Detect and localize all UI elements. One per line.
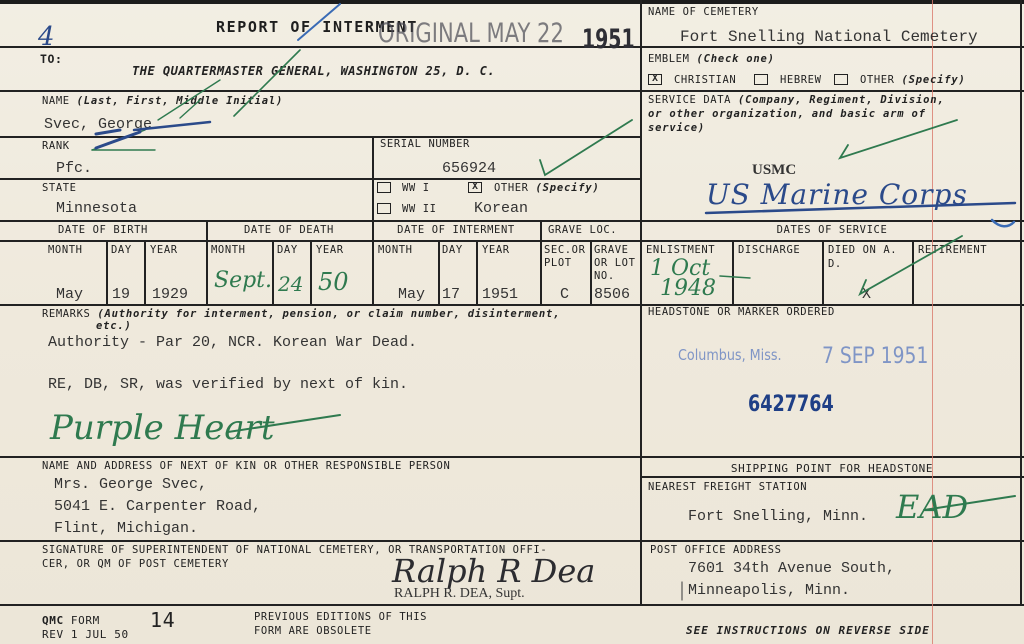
instructions-note: SEE INSTRUCTIONS ON REVERSE SIDE bbox=[686, 624, 930, 637]
name-value[interactable]: Svec, George bbox=[44, 116, 152, 133]
divider bbox=[310, 240, 312, 304]
ww2-checkbox[interactable] bbox=[377, 203, 391, 214]
retirement-label: RETIREMENT bbox=[918, 244, 987, 256]
rule bbox=[0, 90, 1024, 92]
interment-year-label: YEAR bbox=[482, 244, 510, 256]
rule bbox=[0, 220, 1024, 222]
received-stamp-year: 1951 bbox=[582, 24, 635, 55]
rule bbox=[640, 476, 1024, 478]
to-value: THE QUARTERMASTER GENERAL, WASHINGTON 25… bbox=[132, 64, 495, 78]
lot-label: GRAVE bbox=[594, 244, 629, 256]
green-check-icon bbox=[540, 120, 632, 175]
obsolete-notice: FORM ARE OBSOLETE bbox=[254, 625, 372, 637]
top-edge bbox=[0, 0, 1024, 4]
enlistment-label: ENLISTMENT bbox=[646, 244, 715, 256]
rule bbox=[0, 178, 640, 180]
interment-month-value[interactable]: May bbox=[398, 286, 425, 303]
lot-label: OR LOT bbox=[594, 257, 636, 269]
sec-label: PLOT bbox=[544, 257, 572, 269]
death-year-label: YEAR bbox=[316, 244, 344, 256]
birth-year-value[interactable]: 1929 bbox=[152, 286, 188, 303]
service-data-label: SERVICE DATA (Company, Regiment, Divisio… bbox=[648, 94, 945, 106]
signature-handwritten: Ralph R Dea bbox=[392, 552, 595, 590]
received-stamp: ORIGINAL MAY 22 bbox=[378, 18, 564, 49]
interment-header: DATE OF INTERMENT bbox=[372, 224, 540, 236]
emblem-other-checkbox[interactable] bbox=[834, 74, 848, 85]
grave-header: GRAVE LOC. bbox=[548, 224, 617, 236]
signature-label: CER, OR QM OF POST CEMETERY bbox=[42, 558, 229, 570]
divider bbox=[106, 240, 108, 304]
death-month-value[interactable]: Sept. bbox=[214, 268, 272, 293]
died-label: DIED ON A. bbox=[828, 244, 897, 256]
freight-label: NEAREST FREIGHT STATION bbox=[648, 481, 807, 493]
post-office-label: POST OFFICE ADDRESS bbox=[650, 544, 782, 556]
post-office-line-2[interactable]: Minneapolis, Minn. bbox=[688, 582, 850, 599]
ww1-label: WW I bbox=[402, 182, 430, 194]
divider bbox=[640, 0, 642, 604]
emblem-hebrew-checkbox[interactable] bbox=[754, 74, 768, 85]
birth-day-value[interactable]: 19 bbox=[112, 286, 130, 303]
divider bbox=[476, 240, 478, 304]
divider bbox=[272, 240, 274, 304]
divider bbox=[372, 136, 374, 304]
died-label: D. bbox=[828, 258, 842, 270]
cemetery-label: NAME OF CEMETERY bbox=[648, 6, 759, 18]
corner-mark: 4 bbox=[38, 22, 55, 52]
rule bbox=[640, 46, 1024, 48]
ww2-label: WW II bbox=[402, 203, 437, 215]
kin-line-2[interactable]: 5041 E. Carpenter Road, bbox=[54, 498, 261, 515]
rank-value[interactable]: Pfc. bbox=[56, 160, 92, 177]
name-label: NAME (Last, First, Middle Initial) bbox=[42, 95, 283, 107]
rule bbox=[0, 456, 1024, 458]
died-value[interactable]: X bbox=[862, 286, 871, 303]
headstone-stamp-date: 7 SEP 1951 bbox=[822, 344, 928, 369]
headstone-order-number: 6427764 bbox=[748, 392, 834, 417]
state-value[interactable]: Minnesota bbox=[56, 200, 137, 217]
freight-value[interactable]: Fort Snelling, Minn. bbox=[688, 508, 868, 525]
kin-line-1[interactable]: Mrs. George Svec, bbox=[54, 476, 207, 493]
form-number: 14 bbox=[150, 608, 175, 632]
cemetery-value[interactable]: Fort Snelling National Cemetery bbox=[680, 28, 978, 46]
death-year-value[interactable]: 50 bbox=[318, 268, 349, 296]
remarks-label: REMARKS (Authority for interment, pensio… bbox=[42, 308, 560, 320]
to-label: TO: bbox=[40, 52, 63, 66]
birth-header: DATE OF BIRTH bbox=[0, 224, 206, 236]
green-check-icon bbox=[840, 120, 957, 158]
obsolete-notice: PREVIOUS EDITIONS OF THIS bbox=[254, 611, 427, 623]
lot-label: NO. bbox=[594, 270, 615, 282]
birth-year-label: YEAR bbox=[150, 244, 178, 256]
birth-day-label: DAY bbox=[111, 244, 132, 256]
discharge-label: DISCHARGE bbox=[738, 244, 800, 256]
birth-month-value[interactable]: May bbox=[56, 286, 83, 303]
remarks-handwritten: Purple Heart bbox=[50, 408, 275, 448]
serial-value[interactable]: 656924 bbox=[442, 160, 496, 177]
divider bbox=[438, 240, 440, 304]
rank-label: RANK bbox=[42, 140, 70, 152]
interment-day-value[interactable]: 17 bbox=[442, 286, 460, 303]
interment-year-value[interactable]: 1951 bbox=[482, 286, 518, 303]
kin-line-3[interactable]: Flint, Michigan. bbox=[54, 520, 198, 537]
remarks-hint: etc.) bbox=[96, 320, 132, 332]
war-other-checkbox[interactable]: X bbox=[468, 182, 482, 193]
service-dates-header: DATES OF SERVICE bbox=[640, 224, 1024, 236]
divider bbox=[732, 240, 734, 304]
interment-day-label: DAY bbox=[442, 244, 463, 256]
headstone-label: HEADSTONE OR MARKER ORDERED bbox=[648, 306, 835, 318]
rule bbox=[0, 136, 640, 138]
emblem-label: EMBLEM (Check one) bbox=[648, 53, 775, 65]
emblem-christian-checkbox[interactable]: X bbox=[648, 74, 662, 85]
rule bbox=[0, 604, 1024, 606]
rule bbox=[0, 240, 1024, 242]
enlistment-value[interactable]: 1948 bbox=[660, 276, 716, 301]
death-month-label: MONTH bbox=[211, 244, 246, 256]
rule bbox=[0, 540, 1024, 542]
divider bbox=[144, 240, 146, 304]
headstone-stamp-location: Columbus, Miss. bbox=[678, 346, 782, 364]
freight-handwritten-mark: EAD bbox=[896, 488, 968, 526]
form-id: QMC FORM bbox=[42, 614, 100, 627]
emblem-other-label: OTHER (Specify) bbox=[860, 74, 966, 86]
service-data-typed[interactable]: USMC bbox=[752, 162, 796, 179]
serial-label: SERIAL NUMBER bbox=[380, 138, 470, 150]
remarks-line-1[interactable]: Authority - Par 20, NCR. Korean War Dead… bbox=[48, 334, 417, 351]
birth-month-label: MONTH bbox=[48, 244, 83, 256]
lot-value[interactable]: 8506 bbox=[594, 286, 630, 303]
death-header: DATE OF DEATH bbox=[206, 224, 372, 236]
divider bbox=[590, 240, 592, 304]
form-rev: REV 1 JUL 50 bbox=[42, 628, 129, 641]
kin-label: NAME AND ADDRESS OF NEXT OF KIN OR OTHER… bbox=[42, 460, 450, 472]
death-day-value[interactable]: 24 bbox=[278, 272, 303, 296]
emblem-hebrew-label: HEBREW bbox=[780, 74, 822, 86]
divider bbox=[1020, 0, 1022, 604]
sec-label: SEC.OR bbox=[544, 244, 586, 256]
ww1-checkbox[interactable] bbox=[377, 182, 391, 193]
service-data-hint: service) bbox=[648, 122, 705, 134]
signature-typed-name: RALPH R. DEA, Supt. bbox=[394, 586, 525, 602]
service-data-handwritten: US Marine Corps bbox=[706, 178, 968, 211]
state-label: STATE bbox=[42, 182, 77, 194]
war-other-label: OTHER (Specify) bbox=[494, 182, 600, 194]
shipping-header: SHIPPING POINT FOR HEADSTONE bbox=[640, 462, 1024, 475]
sec-value[interactable]: C bbox=[560, 286, 569, 303]
emblem-christian-label: CHRISTIAN bbox=[674, 74, 736, 86]
interment-month-label: MONTH bbox=[378, 244, 413, 256]
remarks-line-2[interactable]: RE, DB, SR, was verified by next of kin. bbox=[48, 376, 408, 393]
war-other-value[interactable]: Korean bbox=[474, 200, 528, 217]
death-day-label: DAY bbox=[277, 244, 298, 256]
divider bbox=[822, 240, 824, 304]
divider bbox=[540, 220, 542, 304]
interment-report-card: 4 REPORT OF INTERMENT ORIGINAL MAY 22 19… bbox=[0, 0, 1024, 644]
service-data-hint: or other organization, and basic arm of bbox=[648, 108, 926, 120]
divider bbox=[912, 240, 914, 304]
rule bbox=[0, 304, 1024, 306]
post-office-line-1[interactable]: 7601 34th Avenue South, bbox=[688, 560, 895, 577]
